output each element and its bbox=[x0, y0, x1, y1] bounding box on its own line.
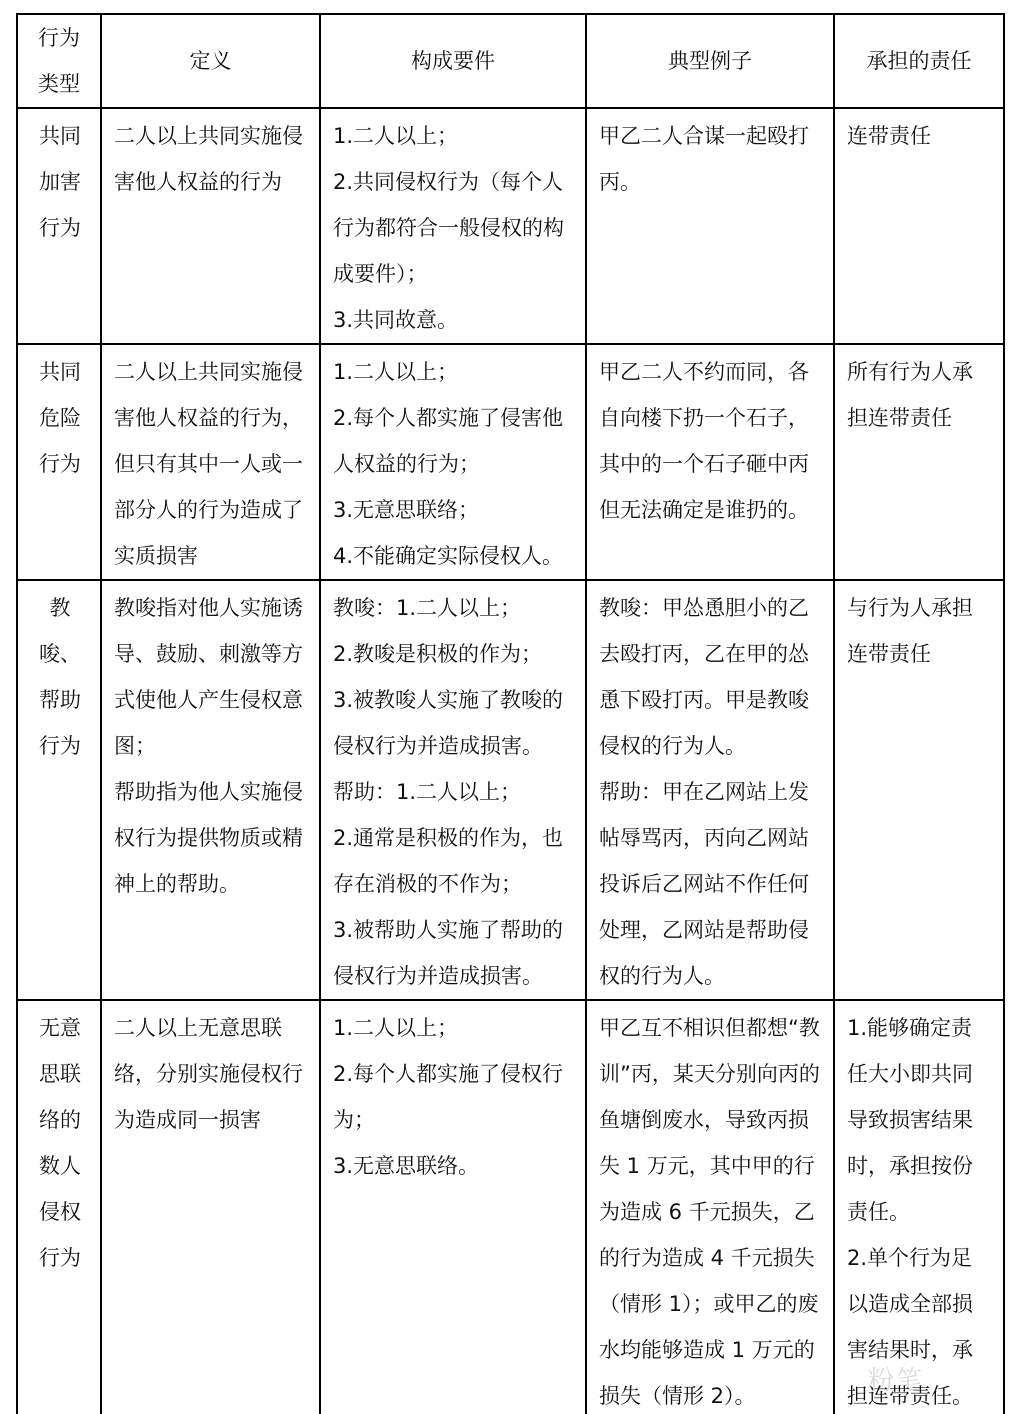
text-line: 1.能够确定责任大小即共同导致损害结果时，承担按份责任。 bbox=[847, 1005, 993, 1235]
table-row: 共同 危险 行为 二人以上共同实施侵害他人权益的行为，但只有其中一人或一部分人的… bbox=[17, 344, 1004, 580]
text-line: 3.无意思联络。 bbox=[333, 1143, 575, 1189]
type-line: 教唆、 bbox=[30, 585, 90, 677]
text-line: 2.教唆是积极的作为； bbox=[333, 631, 575, 677]
type-line: 数人 bbox=[30, 1143, 90, 1189]
header-elements: 构成要件 bbox=[320, 14, 586, 108]
type-line: 行为 bbox=[30, 441, 90, 487]
table-header-row: 行为 类型 定义 构成要件 典型例子 承担的责任 bbox=[17, 14, 1004, 108]
cell-type: 教唆、 帮助 行为 bbox=[17, 580, 101, 1000]
text-line: 二人以上共同实施侵害他人权益的行为，但只有其中一人或一部分人的行为造成了实质损害 bbox=[114, 349, 309, 579]
cell-definition: 二人以上无意思联络，分别实施侵权行为造成同一损害 bbox=[101, 1000, 320, 1414]
cell-liability: 连带责任 bbox=[834, 108, 1004, 344]
type-line: 帮助 bbox=[30, 677, 90, 723]
cell-type: 共同 危险 行为 bbox=[17, 344, 101, 580]
table-row: 共同 加害 行为 二人以上共同实施侵害他人权益的行为 1.二人以上； 2.共同侵… bbox=[17, 108, 1004, 344]
cell-liability: 1.能够确定责任大小即共同导致损害结果时，承担按份责任。 2.单个行为足以造成全… bbox=[834, 1000, 1004, 1414]
text-line: 2.通常是积极的作为，也存在消极的不作为； bbox=[333, 815, 575, 907]
cell-example: 甲乙二人合谋一起殴打丙。 bbox=[586, 108, 834, 344]
cell-definition: 二人以上共同实施侵害他人权益的行为 bbox=[101, 108, 320, 344]
text-line: 1.二人以上； bbox=[333, 1005, 575, 1051]
header-example: 典型例子 bbox=[586, 14, 834, 108]
text-line: 教唆指对他人实施诱导、鼓励、刺激等方式使他人产生侵权意图； bbox=[114, 585, 309, 769]
text-line: 帮助指为他人实施侵权行为提供物质或精神上的帮助。 bbox=[114, 769, 309, 907]
text-line: 3.无意思联络； bbox=[333, 487, 575, 533]
header-definition: 定义 bbox=[101, 14, 320, 108]
cell-example: 教唆：甲怂恿胆小的乙去殴打丙，乙在甲的怂恿下殴打丙。甲是教唆侵权的行为人。 帮助… bbox=[586, 580, 834, 1000]
type-line: 行为 bbox=[30, 723, 90, 769]
text-line: 所有行为人承担连带责任 bbox=[847, 349, 993, 441]
text-line: 2.每个人都实施了侵害他人权益的行为； bbox=[333, 395, 575, 487]
cell-definition: 教唆指对他人实施诱导、鼓励、刺激等方式使他人产生侵权意图； 帮助指为他人实施侵权… bbox=[101, 580, 320, 1000]
type-line: 无意 bbox=[30, 1005, 90, 1051]
type-line: 共同 bbox=[30, 113, 90, 159]
type-line: 加害 bbox=[30, 159, 90, 205]
text-line: 4.不能确定实际侵权人。 bbox=[333, 533, 575, 579]
text-line: 2.共同侵权行为（每个人行为都符合一般侵权的构成要件）； bbox=[333, 159, 575, 297]
type-line: 行为 bbox=[30, 205, 90, 251]
tort-types-table: 行为 类型 定义 构成要件 典型例子 承担的责任 共同 加害 行为 二人以上共同… bbox=[16, 13, 1005, 1414]
cell-elements: 教唆：1.二人以上； 2.教唆是积极的作为； 3.被教唆人实施了教唆的侵权行为并… bbox=[320, 580, 586, 1000]
type-line: 络的 bbox=[30, 1097, 90, 1143]
text-line: 帮助：1.二人以上； bbox=[333, 769, 575, 815]
text-line: 教唆：甲怂恿胆小的乙去殴打丙，乙在甲的怂恿下殴打丙。甲是教唆侵权的行为人。 bbox=[599, 585, 823, 769]
cell-type: 共同 加害 行为 bbox=[17, 108, 101, 344]
text-line: 2.单个行为足以造成全部损害结果时，承担连带责任。 bbox=[847, 1235, 993, 1414]
text-line: 3.被帮助人实施了帮助的侵权行为并造成损害。 bbox=[333, 907, 575, 999]
cell-example: 甲乙互不相识但都想“教训”丙，某天分别向丙的鱼塘倒废水，导致丙损失 1 万元，其… bbox=[586, 1000, 834, 1414]
cell-definition: 二人以上共同实施侵害他人权益的行为，但只有其中一人或一部分人的行为造成了实质损害 bbox=[101, 344, 320, 580]
cell-liability: 与行为人承担连带责任 bbox=[834, 580, 1004, 1000]
header-line: 行为 bbox=[24, 15, 94, 61]
table-row: 教唆、 帮助 行为 教唆指对他人实施诱导、鼓励、刺激等方式使他人产生侵权意图； … bbox=[17, 580, 1004, 1000]
text-line: 1.二人以上； bbox=[333, 113, 575, 159]
text-line: 3.共同故意。 bbox=[333, 297, 575, 343]
text-line: 二人以上共同实施侵害他人权益的行为 bbox=[114, 113, 309, 205]
text-line: 与行为人承担连带责任 bbox=[847, 585, 993, 677]
type-line: 行为 bbox=[30, 1235, 90, 1281]
table-row: 无意 思联 络的 数人 侵权 行为 二人以上无意思联络，分别实施侵权行为造成同一… bbox=[17, 1000, 1004, 1414]
cell-elements: 1.二人以上； 2.每个人都实施了侵权行为； 3.无意思联络。 bbox=[320, 1000, 586, 1414]
cell-type: 无意 思联 络的 数人 侵权 行为 bbox=[17, 1000, 101, 1414]
cell-elements: 1.二人以上； 2.每个人都实施了侵害他人权益的行为； 3.无意思联络； 4.不… bbox=[320, 344, 586, 580]
text-line: 二人以上无意思联络，分别实施侵权行为造成同一损害 bbox=[114, 1005, 309, 1143]
text-line: 甲乙互不相识但都想“教训”丙，某天分别向丙的鱼塘倒废水，导致丙损失 1 万元，其… bbox=[599, 1005, 823, 1414]
header-behavior-type: 行为 类型 bbox=[17, 14, 101, 108]
type-line: 思联 bbox=[30, 1051, 90, 1097]
type-line: 侵权 bbox=[30, 1189, 90, 1235]
cell-elements: 1.二人以上； 2.共同侵权行为（每个人行为都符合一般侵权的构成要件）； 3.共… bbox=[320, 108, 586, 344]
type-line: 共同 bbox=[30, 349, 90, 395]
text-line: 甲乙二人不约而同，各自向楼下扔一个石子，其中的一个石子砸中丙但无法确定是谁扔的。 bbox=[599, 349, 823, 533]
type-line: 危险 bbox=[30, 395, 90, 441]
text-line: 2.每个人都实施了侵权行为； bbox=[333, 1051, 575, 1143]
text-line: 3.被教唆人实施了教唆的侵权行为并造成损害。 bbox=[333, 677, 575, 769]
header-line: 类型 bbox=[24, 61, 94, 107]
text-line: 连带责任 bbox=[847, 113, 993, 159]
text-line: 帮助：甲在乙网站上发帖辱骂丙，丙向乙网站投诉后乙网站不作任何处理，乙网站是帮助侵… bbox=[599, 769, 823, 999]
header-liability: 承担的责任 bbox=[834, 14, 1004, 108]
text-line: 1.二人以上； bbox=[333, 349, 575, 395]
text-line: 甲乙二人合谋一起殴打丙。 bbox=[599, 113, 823, 205]
text-line: 教唆：1.二人以上； bbox=[333, 585, 575, 631]
cell-liability: 所有行为人承担连带责任 bbox=[834, 344, 1004, 580]
cell-example: 甲乙二人不约而同，各自向楼下扔一个石子，其中的一个石子砸中丙但无法确定是谁扔的。 bbox=[586, 344, 834, 580]
